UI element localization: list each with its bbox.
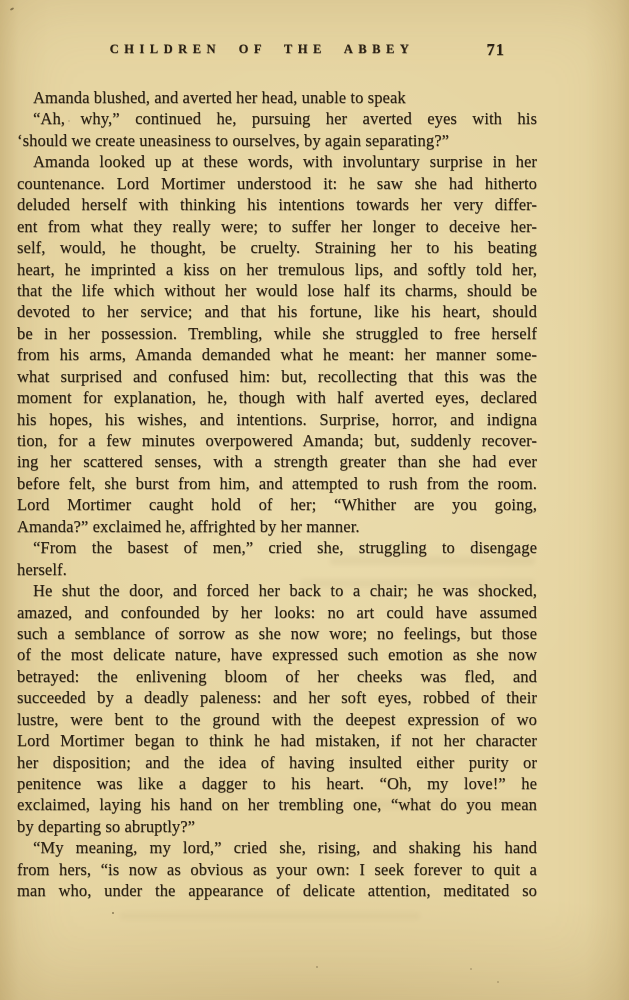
text-line: “Ah, why,” continued he, pursuing her av… bbox=[17, 108, 537, 129]
text-line: self, would, he thought, be cruelty. Str… bbox=[17, 237, 537, 258]
paper-speck bbox=[470, 968, 472, 970]
text-line: ing her scattered senses, with a strengt… bbox=[17, 451, 537, 472]
paper-speck bbox=[10, 7, 14, 11]
text-line: what surprised and confused him: but, re… bbox=[17, 366, 537, 387]
text-line: her disposition; and the idea of having … bbox=[17, 752, 537, 773]
text-line: from his arms, Amanda demanded what he m… bbox=[17, 344, 537, 365]
paper-speck bbox=[112, 912, 114, 914]
book-page: 71 CHILDREN OF THE ABBEY Amanda blushed,… bbox=[0, 0, 629, 1000]
text-line: deluded herself with thinking his intent… bbox=[17, 194, 537, 215]
text-line: Amanda looked up at these words, with in… bbox=[17, 151, 537, 172]
text-line: moment for explanation, he, though with … bbox=[17, 387, 537, 408]
text-line: that the life which without her would lo… bbox=[17, 280, 537, 301]
text-line: be in her possession. Trembling, while s… bbox=[17, 323, 537, 344]
text-line: amazed, and confounded by her looks: no … bbox=[17, 602, 537, 623]
text-line: herself. bbox=[17, 559, 537, 580]
text-line: devoted to her service; and that his for… bbox=[17, 301, 537, 322]
text-line: ‘should we create uneasiness to ourselve… bbox=[17, 130, 537, 151]
running-header-title: CHILDREN OF THE ABBEY bbox=[17, 42, 537, 57]
page-number: 71 bbox=[487, 40, 506, 60]
text-line: heart, he imprinted a kiss on her tremul… bbox=[17, 259, 537, 280]
text-line: before felt, she burst from him, and att… bbox=[17, 473, 537, 494]
text-line: tion, for a few minutes overpowered Aman… bbox=[17, 430, 537, 451]
text-line: “My meaning, my lord,” cried she, rising… bbox=[17, 837, 537, 858]
text-line: “From the basest of men,” cried she, str… bbox=[17, 537, 537, 558]
paper-speck bbox=[316, 966, 318, 968]
text-line: by departing so abruptly?” bbox=[17, 816, 537, 837]
text-line: man who, under the appearance of delicat… bbox=[17, 880, 537, 901]
text-line: He shut the door, and forced her back to… bbox=[17, 580, 537, 601]
text-line: Lord Mortimer caught hold of her; “Whith… bbox=[17, 494, 537, 515]
text-line: exclaimed, laying his hand on her trembl… bbox=[17, 794, 537, 815]
running-header: 71 CHILDREN OF THE ABBEY bbox=[17, 42, 537, 64]
text-line: succeeded by a deadly paleness: and her … bbox=[17, 687, 537, 708]
text-line: Lord Mortimer began to think he had mist… bbox=[17, 730, 537, 751]
text-line: his hopes, his wishes, and intentions. S… bbox=[17, 409, 537, 430]
text-line: such a semblance of sorrow as she now wo… bbox=[17, 623, 537, 644]
text-line: ent from what they really were; to suffe… bbox=[17, 216, 537, 237]
text-line: Amanda blushed, and averted her head, un… bbox=[17, 87, 537, 108]
show-through-mark bbox=[120, 912, 420, 920]
body-text: Amanda blushed, and averted her head, un… bbox=[17, 87, 537, 902]
text-line: Amanda?” exclaimed he, affrighted by her… bbox=[17, 516, 537, 537]
paper-speck bbox=[497, 981, 499, 983]
text-line: countenance. Lord Mortimer understood it… bbox=[17, 173, 537, 194]
text-line: betrayed: the enlivening bloom of her ch… bbox=[17, 666, 537, 687]
text-line: of the most delicate nature, have expres… bbox=[17, 644, 537, 665]
text-line: from hers, “is now as obvious as your ow… bbox=[17, 859, 537, 880]
text-line: penitence was like a dagger to his heart… bbox=[17, 773, 537, 794]
text-line: lustre, were bent to the ground with the… bbox=[17, 709, 537, 730]
